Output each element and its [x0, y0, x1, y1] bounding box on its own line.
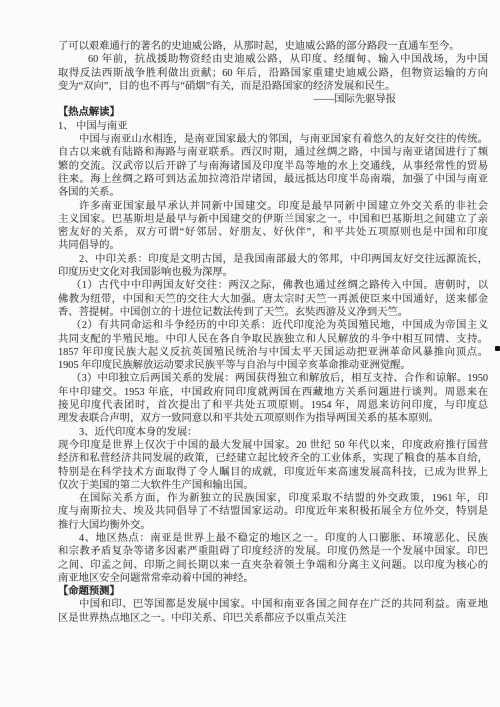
- text-line: 现今印度是世界上仅次于中国的最大发展中国家。20 世纪 50 年代以来，印度政府…: [58, 439, 488, 452]
- text-line: 佛教为纽带，中国和天竺的交往大大加强。唐太宗时天竺一再派使臣来中国通好，送来郁金: [58, 293, 488, 306]
- text-line: 1905 年印度民族解放运动要求民族平等与自治与中国辛亥革命推动亚洲觉醒。: [58, 359, 488, 372]
- text-line: 年中印建交。1953 年底，中国政府同印度就两国在西藏地方关系问题进行谈判。周恩…: [58, 386, 488, 399]
- text-line: 许多南亚国家最早承认并同新中国建交。印度是最早同新中国建立外交关系的非社会: [58, 200, 488, 213]
- scan-artifact-dot: [495, 346, 500, 351]
- text-line: 接见印度代表团时，首次提出了和平共处五项原则。1954 年，周恩来访问印度，与印…: [58, 399, 488, 412]
- section-heading: 【热点解读】: [58, 106, 488, 119]
- text-line: 了可以艰难通行的著名的史迪威公路，从那时起，史迪威公路的部分路段一直通车至今。: [58, 40, 488, 53]
- text-line: 4、地区热点：南亚是世界上最不稳定的地区之一。印度的人口膨胀、环境恶化、民族: [58, 532, 488, 545]
- document-text-block: 了可以艰难通行的著名的史迪威公路，从那时起，史迪威公路的部分路段一直通车至今。6…: [58, 40, 488, 625]
- text-line: 印度历史文化对我国影响也极为深厚。: [58, 266, 488, 279]
- scanned-document-page: 了可以艰难通行的著名的史迪威公路，从那时起，史迪威公路的部分路段一直通车至今。6…: [0, 0, 500, 707]
- text-line: 1857 年印度民族大起义反抗英国殖民统治与中国太平天国运动把亚洲革命风暴推向顶…: [58, 346, 488, 359]
- text-line: 1、 中国与南亚: [58, 120, 488, 133]
- text-line: 各国的关系。: [58, 186, 488, 199]
- text-line: 3、近代印度本身的发展：: [58, 426, 488, 439]
- text-line: 香、菩提树。中国创立的十进位记数法传到了天竺。玄奘西游及义净到天竺。: [58, 306, 488, 319]
- text-line: 取得反法西斯战争胜利做出贡献；60 年后，沿路国家重建史迪威公路，但物资运输的方…: [58, 67, 488, 80]
- text-line: 共同支配的半殖民地。中印人民在各自争取民族独立和人民解放的斗争中相互同情、支持。: [58, 333, 488, 346]
- text-line: 2、中印关系：印度是文明古国，是我国南部最大的邻邦，中印两国友好交往远源流长，: [58, 253, 488, 266]
- text-line: 度与南斯拉夫、埃及共同倡导了不结盟国家运动。印度近年来积极拓展全方位外交，特别是: [58, 505, 488, 518]
- text-line: 密友好的关系，双方可谓“好邻居、好朋友、好伙伴”，和平共处五项原则也是中国和印度: [58, 226, 488, 239]
- text-line: 共同倡导的。: [58, 239, 488, 252]
- text-line: 在国际关系方面，作为新独立的民族国家，印度采取不结盟的外交政策，1961 年，印: [58, 492, 488, 505]
- text-line: 60 年前，抗战援助物资经由史迪威公路，从印度、经缅甸、输入中国战场，为中国: [58, 53, 488, 66]
- text-line: 中国与南亚山水相连，是南亚国家最大的邻国，与南亚国家有着悠久的友好交往的传统。: [58, 133, 488, 146]
- text-line: 和宗教矛盾复杂等诸多因素严重阻碍了印度经济的发展。印度仍然是一个发展中国家。印巴: [58, 545, 488, 558]
- text-line: 推行大国均衡外交。: [58, 519, 488, 532]
- text-line: 特别是在科学技术方面取得了令人瞩目的成就，印度近年来高速发展高科技，已成为世界上: [58, 466, 488, 479]
- text-line: （3）中印独立后两国关系的发展：两国获得独立和解放后，相互支持、合作和谅解。19…: [58, 372, 488, 385]
- text-line: （1）古代中中印两国友好交往：两汉之际，佛教也通过丝绸之路传入中国。唐朝时，以: [58, 279, 488, 292]
- text-line: 之间、印孟之间、印斯之间长期以来一直夹杂着领土争端和分离主义问题。以印度为核心的: [58, 559, 488, 572]
- text-line: 繁的交流。汉武帝以后开辟了与南海诸国及印度半岛等地的水上交通线，从事经常性的贸易: [58, 160, 488, 173]
- text-line: 主义国家。巴基斯坦是最早与新中国建交的伊斯兰国家之一。中国和巴基斯坦之间建立了亲: [58, 213, 488, 226]
- attribution-line: ——国际先驱导报: [58, 93, 488, 106]
- text-line: （2）有共同命运和斗争经历的中印关系：近代印度沦为英国殖民地，中国成为帝国主义: [58, 319, 488, 332]
- text-line: 往来。海上丝绸之路可到达孟加拉湾沿岸诸国，最远抵达印度半岛南端，加强了中国与南亚: [58, 173, 488, 186]
- text-line: 变为“双向”，目的也不再与“硝烟”有关，而是沿路国家的经济发展和民生。: [58, 80, 488, 93]
- text-line: 经济和私营经济共同发展的政策，已经建立起比较齐全的工业体系，实现了粮食的基本自给…: [58, 452, 488, 465]
- text-line: 仅次于美国的第二大软件生产国和输出国。: [58, 479, 488, 492]
- text-line: 南亚地区安全问题常常牵动着中国的神经。: [58, 572, 488, 585]
- text-line: 自古以来就有陆路和海路与南亚联系。西汉时期，通过丝绸之路，中国与南亚诸国进行了频: [58, 146, 488, 159]
- text-line: 理发表联合声明，双方一致同意以和平共处五项原则作为指导两国关系的基本原则。: [58, 412, 488, 425]
- section-heading: 【命题预测】: [58, 585, 488, 598]
- text-line: 区是世界热点地区之一。中印关系、印巴关系都应予以重点关注: [58, 612, 488, 625]
- text-line: 中国和印、巴等国都是发展中国家。中国和南亚各国之间存在广泛的共同利益。南亚地: [58, 598, 488, 611]
